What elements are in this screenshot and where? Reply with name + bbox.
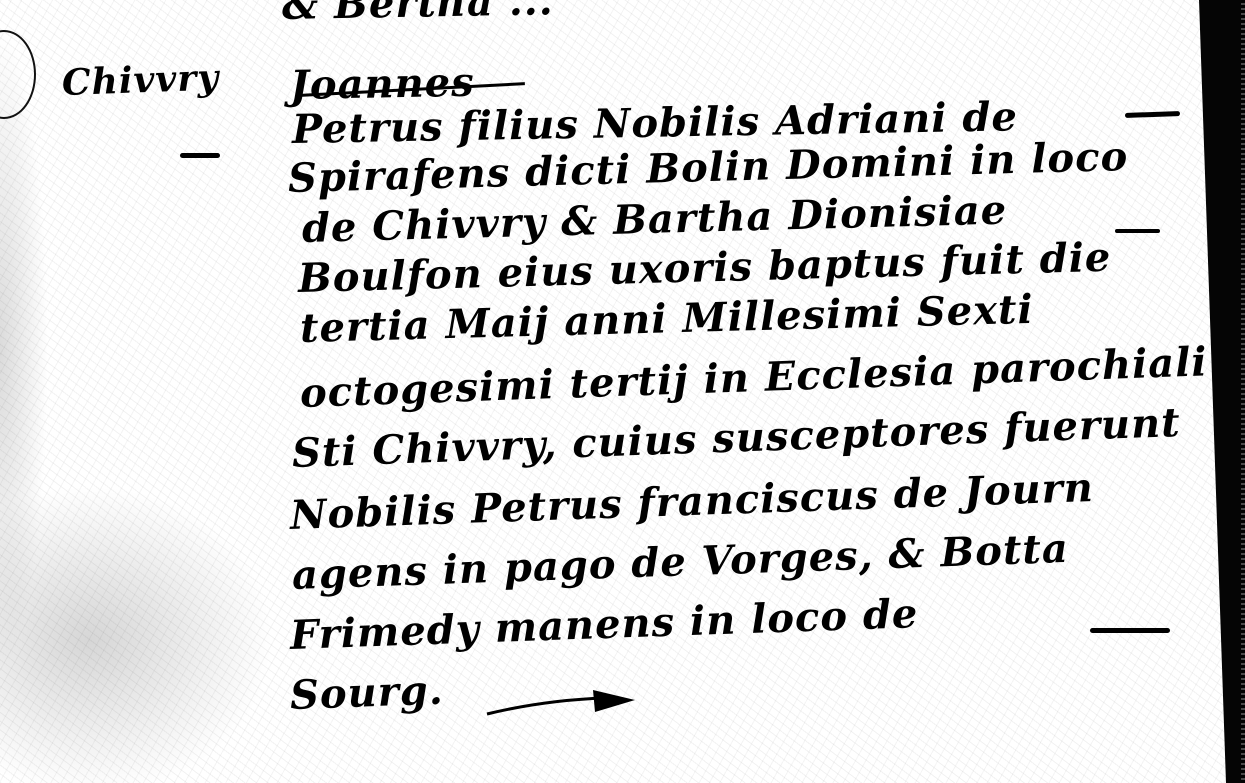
margin-ink-curve — [0, 30, 36, 119]
binding-outer-strip — [1241, 0, 1245, 783]
line-filler-stroke — [1125, 111, 1180, 118]
text-line: agens in pago de Vorges, & Botta — [291, 525, 1069, 599]
text-line: Frimedy manens in loco de — [289, 590, 919, 659]
text-line-partial-top: & Bertha ... — [282, 0, 554, 29]
margin-dash — [180, 153, 220, 158]
text-line-struck-name: Joannes — [290, 59, 475, 109]
end-of-entry-flourish-icon — [485, 688, 640, 718]
text-line-final: Sourg. — [289, 667, 444, 719]
scanned-register-page: Chivvry & Bertha ... Joannes Petrus fili… — [0, 0, 1245, 783]
line-filler-stroke — [1115, 229, 1160, 233]
margin-place-name: Chivvry — [61, 57, 220, 104]
line-filler-stroke — [1090, 628, 1170, 633]
